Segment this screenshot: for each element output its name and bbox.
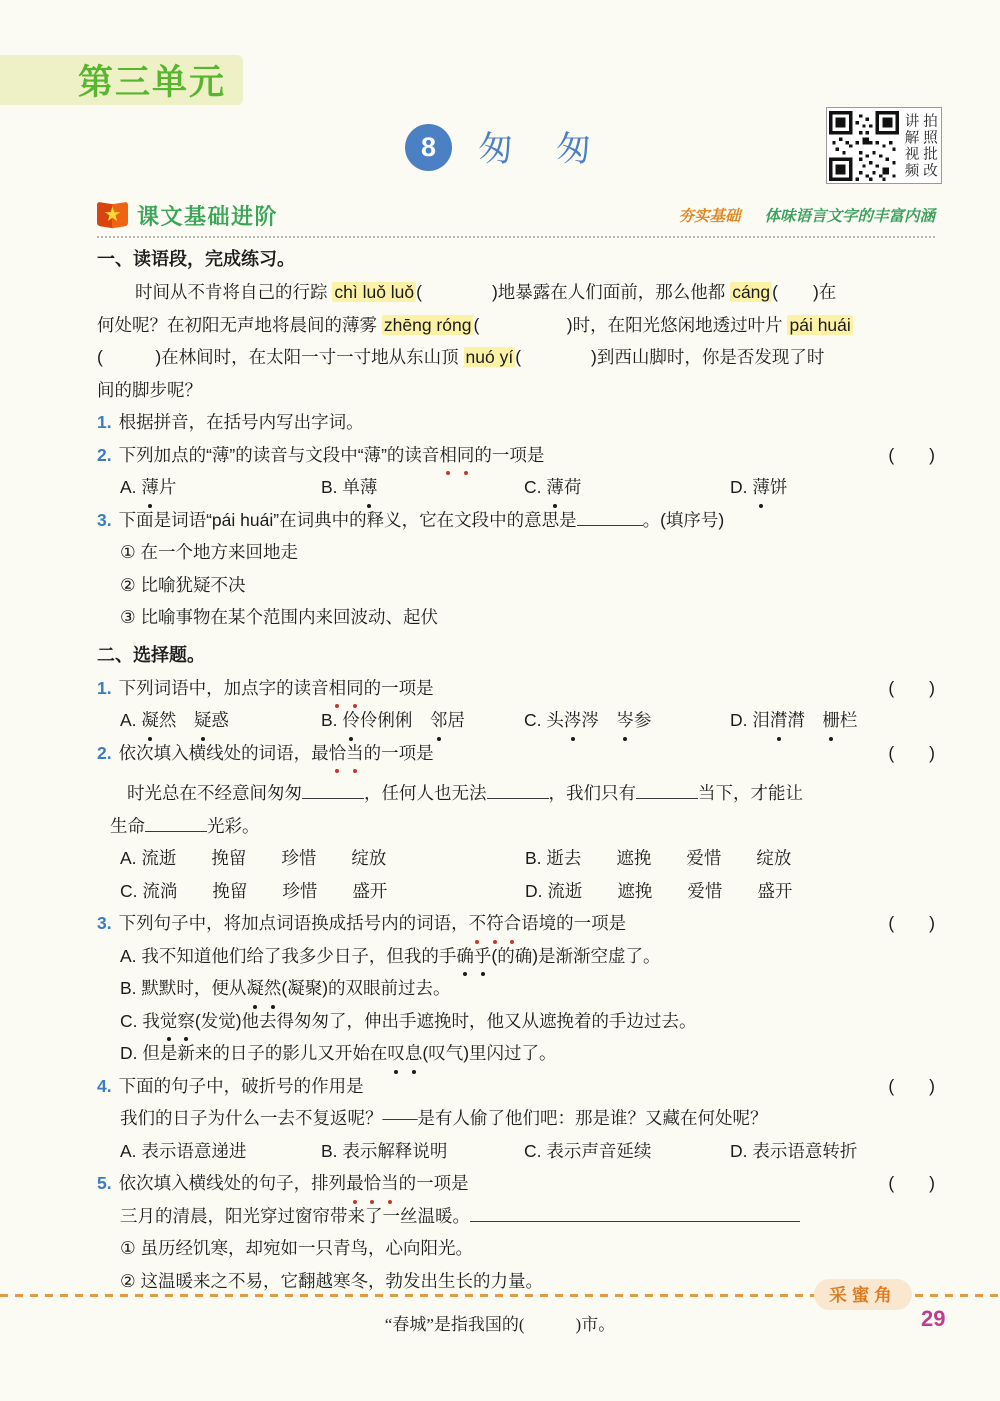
page-number: 29 xyxy=(921,1306,945,1332)
dash-example-sentence: 我们的日子为什么一去不复返呢？——是有人偷了他们吧：那是谁？又藏在何处呢？ xyxy=(97,1102,935,1135)
question-stem: 下面是词语“pái huái”在词典中的释义，它在文段中的意思是。(填序号) xyxy=(119,504,725,537)
option-a: A. 流逝 挽留 珍惜 绽放 xyxy=(120,842,525,875)
option-b: B. 逝去 遮挽 爱惜 绽放 xyxy=(525,842,935,875)
part2-question-5: 5. 依次填入横线处的句子，排列最恰当的一项是 ( ) xyxy=(97,1167,935,1200)
section-tag-green: 体味语言文字的丰富内涵 xyxy=(764,204,935,226)
question-number: 5. xyxy=(97,1167,112,1200)
ordering-item-2: ② 这温暖来之不易，它翻越寒冬，勃发出生长的力量。 xyxy=(97,1265,935,1298)
ordering-sentence: 三月的清晨，阳光穿过窗帘带来了一丝温暖。 xyxy=(97,1200,935,1233)
question-stem: 根据拼音，在括号内写出字词。 xyxy=(119,406,364,439)
answer-parentheses: ( ) xyxy=(888,1167,935,1200)
qr-label-grading: 拍照批改 xyxy=(922,113,937,179)
footer-trivia-question: “春城”是指我国的( )市。 xyxy=(0,1310,1000,1335)
passage-line-4: 间的脚步呢？ xyxy=(97,374,935,407)
option-d: D. 泪潸潸 栅栏 xyxy=(730,704,935,737)
answer-parentheses: ( ) xyxy=(888,737,935,770)
part2-heading: 二、选择题。 xyxy=(97,638,935,672)
option-d: D. 流逝 遮挽 爱惜 盛开 xyxy=(525,875,935,908)
option-a: A. 我不知道他们给了我多少日子，但我的手确乎(的确)是渐渐空虚了。 xyxy=(97,940,935,973)
option-a: A. 凝然 疑惑 xyxy=(120,704,321,737)
part2-question-3: 3. 下列句子中，将加点词语换成括号内的词语，不符合语境的一项是 ( ) xyxy=(97,907,935,940)
option-a: A. 表示语意递进 xyxy=(120,1135,321,1168)
question-stem: 下列词语中，加点字的读音相同的一项是 xyxy=(119,672,434,705)
question-number: 4. xyxy=(97,1070,112,1103)
unit-banner: 第三单元 xyxy=(0,55,243,105)
lesson-number-badge: 8 xyxy=(405,124,452,171)
question-stem: 下面的句子中，破折号的作用是 xyxy=(119,1070,364,1103)
question-stem: 下列加点的“薄”的读音与文段中“薄”的读音相同的一项是 xyxy=(119,439,545,472)
option-c: C. 头涔涔 岑参 xyxy=(524,704,730,737)
part2-q4-options: A. 表示语意递进 B. 表示解释说明 C. 表示声音延续 D. 表示语意转折 xyxy=(97,1135,935,1168)
qr-label-video: 讲解视频 xyxy=(903,113,918,179)
part1-question-3: 3. 下面是词语“pái huái”在词典中的释义，它在文段中的意思是。(填序号… xyxy=(97,504,935,537)
part1-question-1: 1. 根据拼音，在括号内写出字词。 xyxy=(97,406,935,439)
section-tag-orange: 夯实基础 xyxy=(678,204,740,226)
option-c: C. 表示声音延续 xyxy=(524,1135,730,1168)
option-b: B. 单薄 xyxy=(321,471,524,504)
section-title: 课文基础进阶 xyxy=(137,200,278,231)
answer-parentheses: ( ) xyxy=(888,672,935,705)
section-tags: 夯实基础 体味语言文字的丰富内涵 xyxy=(678,204,935,226)
option-b: B. 默默时，便从凝然(凝聚)的双眼前过去。 xyxy=(97,972,935,1005)
section-header: ★ 课文基础进阶 夯实基础 体味语言文字的丰富内涵 xyxy=(97,197,935,238)
honey-corner-badge: 采蜜角 xyxy=(814,1279,912,1310)
part2-q2-passage: 时光总在不经意间匆匆，任何人也无法，我们只有当下，才能让 生命光彩。 xyxy=(110,777,935,842)
question-number: 2. xyxy=(97,439,112,472)
part2-question-4: 4. 下面的句子中，破折号的作用是 ( ) xyxy=(97,1070,935,1103)
question-number: 3. xyxy=(97,907,112,940)
question-stem: 依次填入横线处的词语，最恰当的一项是 xyxy=(119,737,434,770)
passage-line-2: 何处呢？在初阳无声地将晨间的薄雾 zhēng róng( )时，在阳光悠闲地透过… xyxy=(97,309,935,342)
option-d: D. 但是新来的日子的影儿又开始在叹息(叹气)里闪过了。 xyxy=(97,1037,935,1070)
fill-passage-line-1: 时光总在不经意间匆匆，任何人也无法，我们只有当下，才能让 xyxy=(110,777,935,810)
option-a: A. 薄片 xyxy=(120,471,321,504)
fill-passage-line-2: 生命光彩。 xyxy=(110,810,935,843)
answer-parentheses: ( ) xyxy=(888,1070,935,1103)
passage-line-3: ( )在林间时，在太阳一寸一寸地从东山顶 nuó yí( )到西山脚时，你是否发… xyxy=(97,341,935,374)
content-column: ★ 课文基础进阶 夯实基础 体味语言文字的丰富内涵 一、读语段，完成练习。 时间… xyxy=(97,197,935,1297)
part2-q1-options: A. 凝然 疑惑 B. 伶伶俐俐 邻居 C. 头涔涔 岑参 D. 泪潸潸 栅栏 xyxy=(97,704,935,737)
part1-question-2: 2. 下列加点的“薄”的读音与文段中“薄”的读音相同的一项是 ( ) xyxy=(97,439,935,472)
part2-q2-options-row-1: A. 流逝 挽留 珍惜 绽放 B. 逝去 遮挽 爱惜 绽放 xyxy=(97,842,935,875)
part2-question-1: 1. 下列词语中，加点字的读音相同的一项是 ( ) xyxy=(97,672,935,705)
question-number: 2. xyxy=(97,737,112,770)
star-icon: ★ xyxy=(97,201,128,229)
option-c: C. 薄荷 xyxy=(524,471,730,504)
answer-parentheses: ( ) xyxy=(888,439,935,472)
question-number: 1. xyxy=(97,672,112,705)
qr-panel: 讲解视频 拍照批改 xyxy=(826,107,942,184)
part1-q2-options: A. 薄片 B. 单薄 C. 薄荷 D. 薄饼 xyxy=(97,471,935,504)
ordering-item-1: ① 虽历经饥寒，却宛如一只青鸟，心向阳光。 xyxy=(97,1232,935,1265)
lesson-title: 匆 匆 xyxy=(478,122,595,172)
option-c: C. 流淌 挽留 珍惜 盛开 xyxy=(120,875,525,908)
option-d: D. 薄饼 xyxy=(730,471,935,504)
option-d: D. 表示语意转折 xyxy=(730,1135,935,1168)
definition-item-2: ② 比喻犹疑不决 xyxy=(97,569,935,602)
option-b: B. 伶伶俐俐 邻居 xyxy=(321,704,524,737)
passage-line-1: 时间从不肯将自己的行踪 chì luǒ luǒ( )地暴露在人们面前，那么他都 … xyxy=(97,276,935,309)
definition-item-3: ③ 比喻事物在某个范围内来回波动、起伏 xyxy=(97,601,935,634)
workbook-page: 第三单元 8 匆 匆 xyxy=(0,0,1000,1401)
unit-banner-label: 第三单元 xyxy=(78,55,226,105)
option-c: C. 我觉察(发觉)他去得匆匆了，伸出手遮挽时，他又从遮挽着的手边过去。 xyxy=(97,1005,935,1038)
answer-parentheses: ( ) xyxy=(888,907,935,940)
part2-q2-options-row-2: C. 流淌 挽留 珍惜 盛开 D. 流逝 遮挽 爱惜 盛开 xyxy=(97,875,935,908)
definition-item-1: ① 在一个地方来回地走 xyxy=(97,536,935,569)
qr-code-icon xyxy=(829,111,899,181)
question-number: 3. xyxy=(97,504,112,537)
question-number: 1. xyxy=(97,406,112,439)
part1-heading: 一、读语段，完成练习。 xyxy=(97,242,935,276)
question-stem: 下列句子中，将加点词语换成括号内的词语，不符合语境的一项是 xyxy=(119,907,627,940)
star-book-icon: ★ xyxy=(97,201,128,229)
question-stem: 依次填入横线处的句子，排列最恰当的一项是 xyxy=(119,1167,469,1200)
part2-question-2: 2. 依次填入横线处的词语，最恰当的一项是 ( ) xyxy=(97,737,935,770)
option-b: B. 表示解释说明 xyxy=(321,1135,524,1168)
